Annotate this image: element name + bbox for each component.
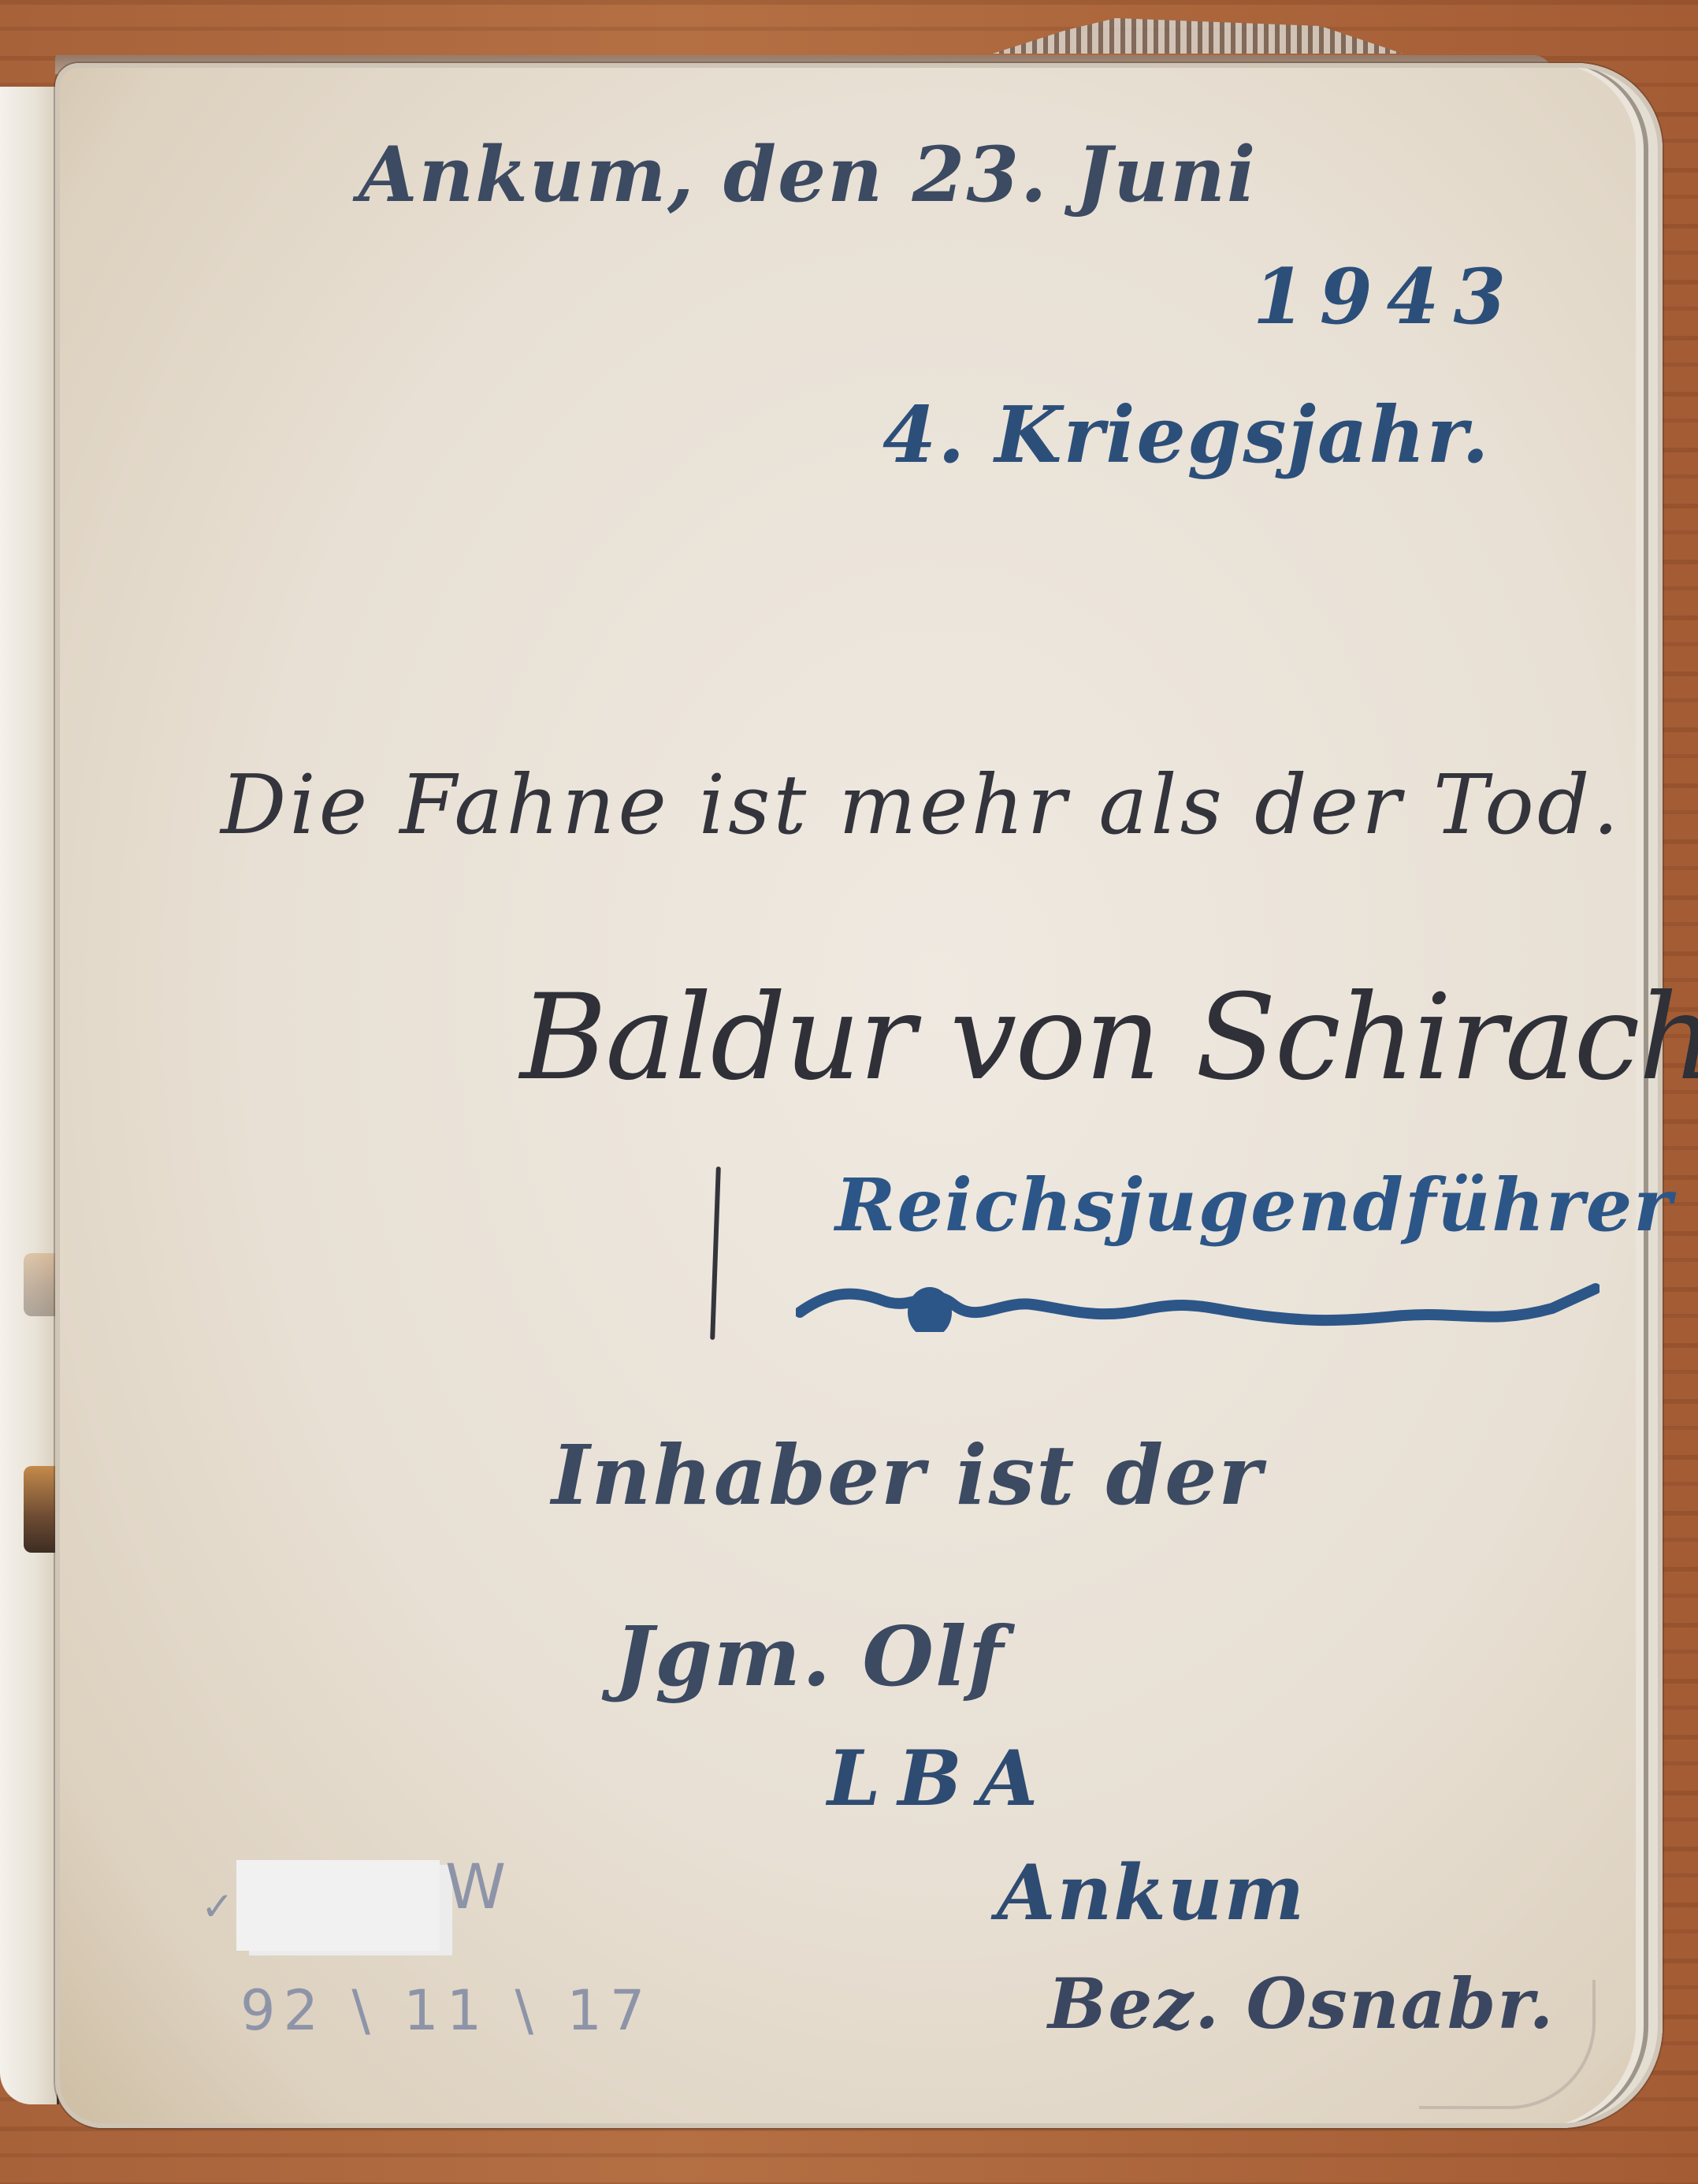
- owner-town: Ankum: [997, 1848, 1306, 1937]
- wavy-underline-icon: [796, 1277, 1600, 1332]
- binding-tape: [993, 14, 1403, 54]
- owner-school: LBA: [827, 1734, 1055, 1823]
- place-date: Ankum, den 23. Juni: [359, 130, 1257, 219]
- war-year: 4. Kriegsjahr.: [882, 390, 1490, 481]
- previous-page-edge: [0, 87, 59, 2104]
- pencil-letter: W: [445, 1852, 507, 1923]
- check-mark-icon: ✓: [201, 1884, 236, 1929]
- owner-label: Inhaber ist der: [552, 1427, 1263, 1524]
- signature-title: Reichsjugendführer: [835, 1163, 1674, 1248]
- redacted-block: [236, 1860, 440, 1951]
- owner-name: Jgm. Olf: [615, 1608, 1005, 1705]
- pencil-number: 92 \ 11 \ 17: [240, 1978, 652, 2043]
- motto: Die Fahne ist mehr als der Tod.: [221, 757, 1622, 853]
- year: 1943: [1253, 252, 1520, 341]
- signature: Baldur von Schirach: [520, 969, 1698, 1107]
